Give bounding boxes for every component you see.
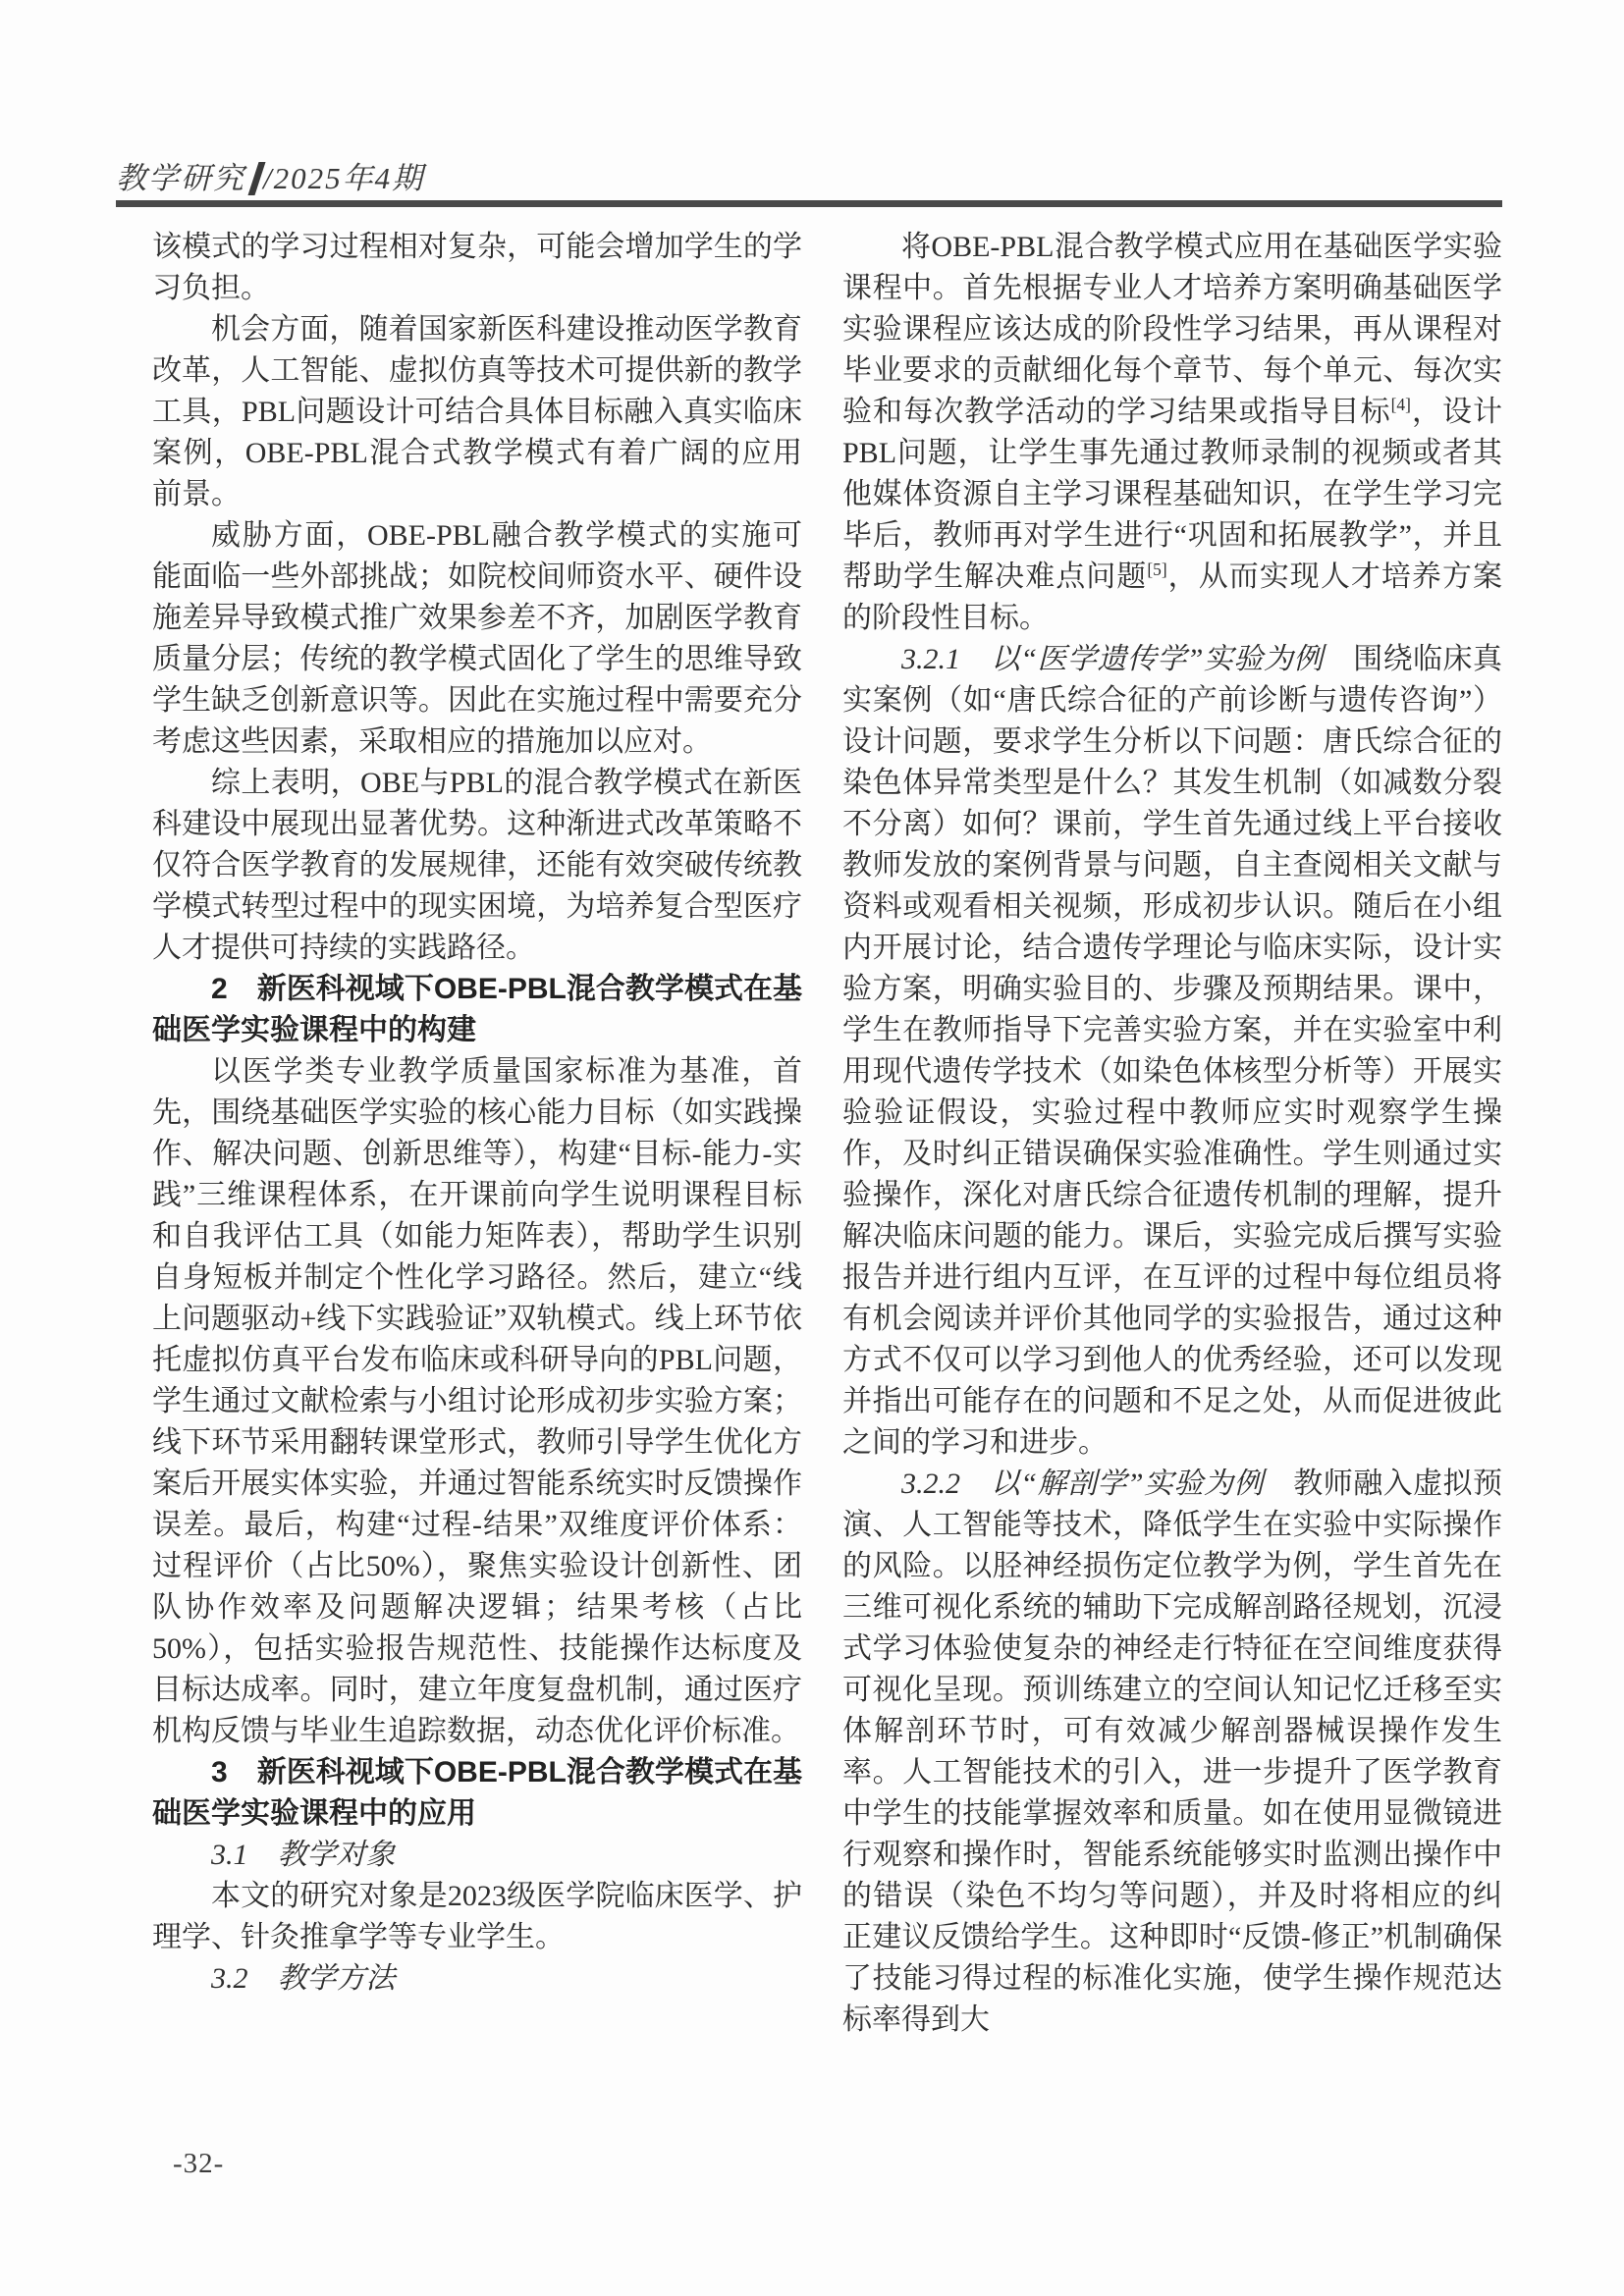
paragraph: 3.2.1 以“医学遗传学”实验为例 围绕临床真实案例（如“唐氏综合征的产前诊断… bbox=[842, 639, 1502, 1464]
running-head: 教学研究/2025年4期 bbox=[116, 153, 424, 197]
paragraph: 综上表明，OBE与PBL的混合教学模式在新医科建设中展现出显著优势。这种渐进式改… bbox=[152, 763, 802, 969]
section-heading: 2 新医科视域下OBE-PBL混合教学模式在基础医学实验课程中的构建 bbox=[152, 969, 802, 1051]
journal-title: 教学研究 bbox=[116, 161, 245, 195]
citation-superscript: [4] bbox=[1391, 395, 1411, 414]
paragraph: 本文的研究对象是2023级医学院临床医学、护理学、针灸推拿学等专业学生。 bbox=[152, 1876, 802, 1958]
header-slash: / bbox=[263, 161, 274, 195]
header-rule bbox=[116, 200, 1502, 207]
subsection-heading: 3.1 教学对象 bbox=[152, 1835, 802, 1876]
paragraph: 机会方面，随着国家新医科建设推动医学教育改革，人工智能、虚拟仿真等技术可提供新的… bbox=[152, 309, 802, 515]
issue-label: 2025年4期 bbox=[274, 161, 425, 195]
column-right: 将OBE-PBL混合教学模式应用在基础医学实验课程中。首先根据专业人才培养方案明… bbox=[842, 227, 1502, 2041]
subsection-heading: 3.2 教学方法 bbox=[152, 1958, 802, 2000]
runin-subsection-heading: 3.2.2 以“解剖学”实验为例 bbox=[901, 1468, 1264, 1500]
section-heading: 3 新医科视域下OBE-PBL混合教学模式在基础医学实验课程中的应用 bbox=[152, 1752, 802, 1835]
journal-page: 教学研究/2025年4期 该模式的学习过程相对复杂，可能会增加学生的学习负担。机… bbox=[0, 0, 1624, 2296]
column-left: 该模式的学习过程相对复杂，可能会增加学生的学习负担。机会方面，随着国家新医科建设… bbox=[152, 227, 802, 2000]
paragraph: 以医学类专业教学质量国家标准为基准，首先，围绕基础医学实验的核心能力目标（如实践… bbox=[152, 1051, 802, 1752]
runin-subsection-heading: 3.2.1 以“医学遗传学”实验为例 bbox=[901, 643, 1324, 675]
paragraph: 将OBE-PBL混合教学模式应用在基础医学实验课程中。首先根据专业人才培养方案明… bbox=[842, 227, 1502, 639]
paragraph: 3.2.2 以“解剖学”实验为例 教师融入虚拟预演、人工智能等技术，降低学生在实… bbox=[842, 1464, 1502, 2041]
page-number: -32- bbox=[173, 2148, 224, 2180]
paragraph: 威胁方面，OBE-PBL融合教学模式的实施可能面临一些外部挑战；如院校间师资水平… bbox=[152, 515, 802, 763]
paragraph: 该模式的学习过程相对复杂，可能会增加学生的学习负担。 bbox=[152, 227, 802, 309]
citation-superscript: [5] bbox=[1147, 560, 1166, 579]
